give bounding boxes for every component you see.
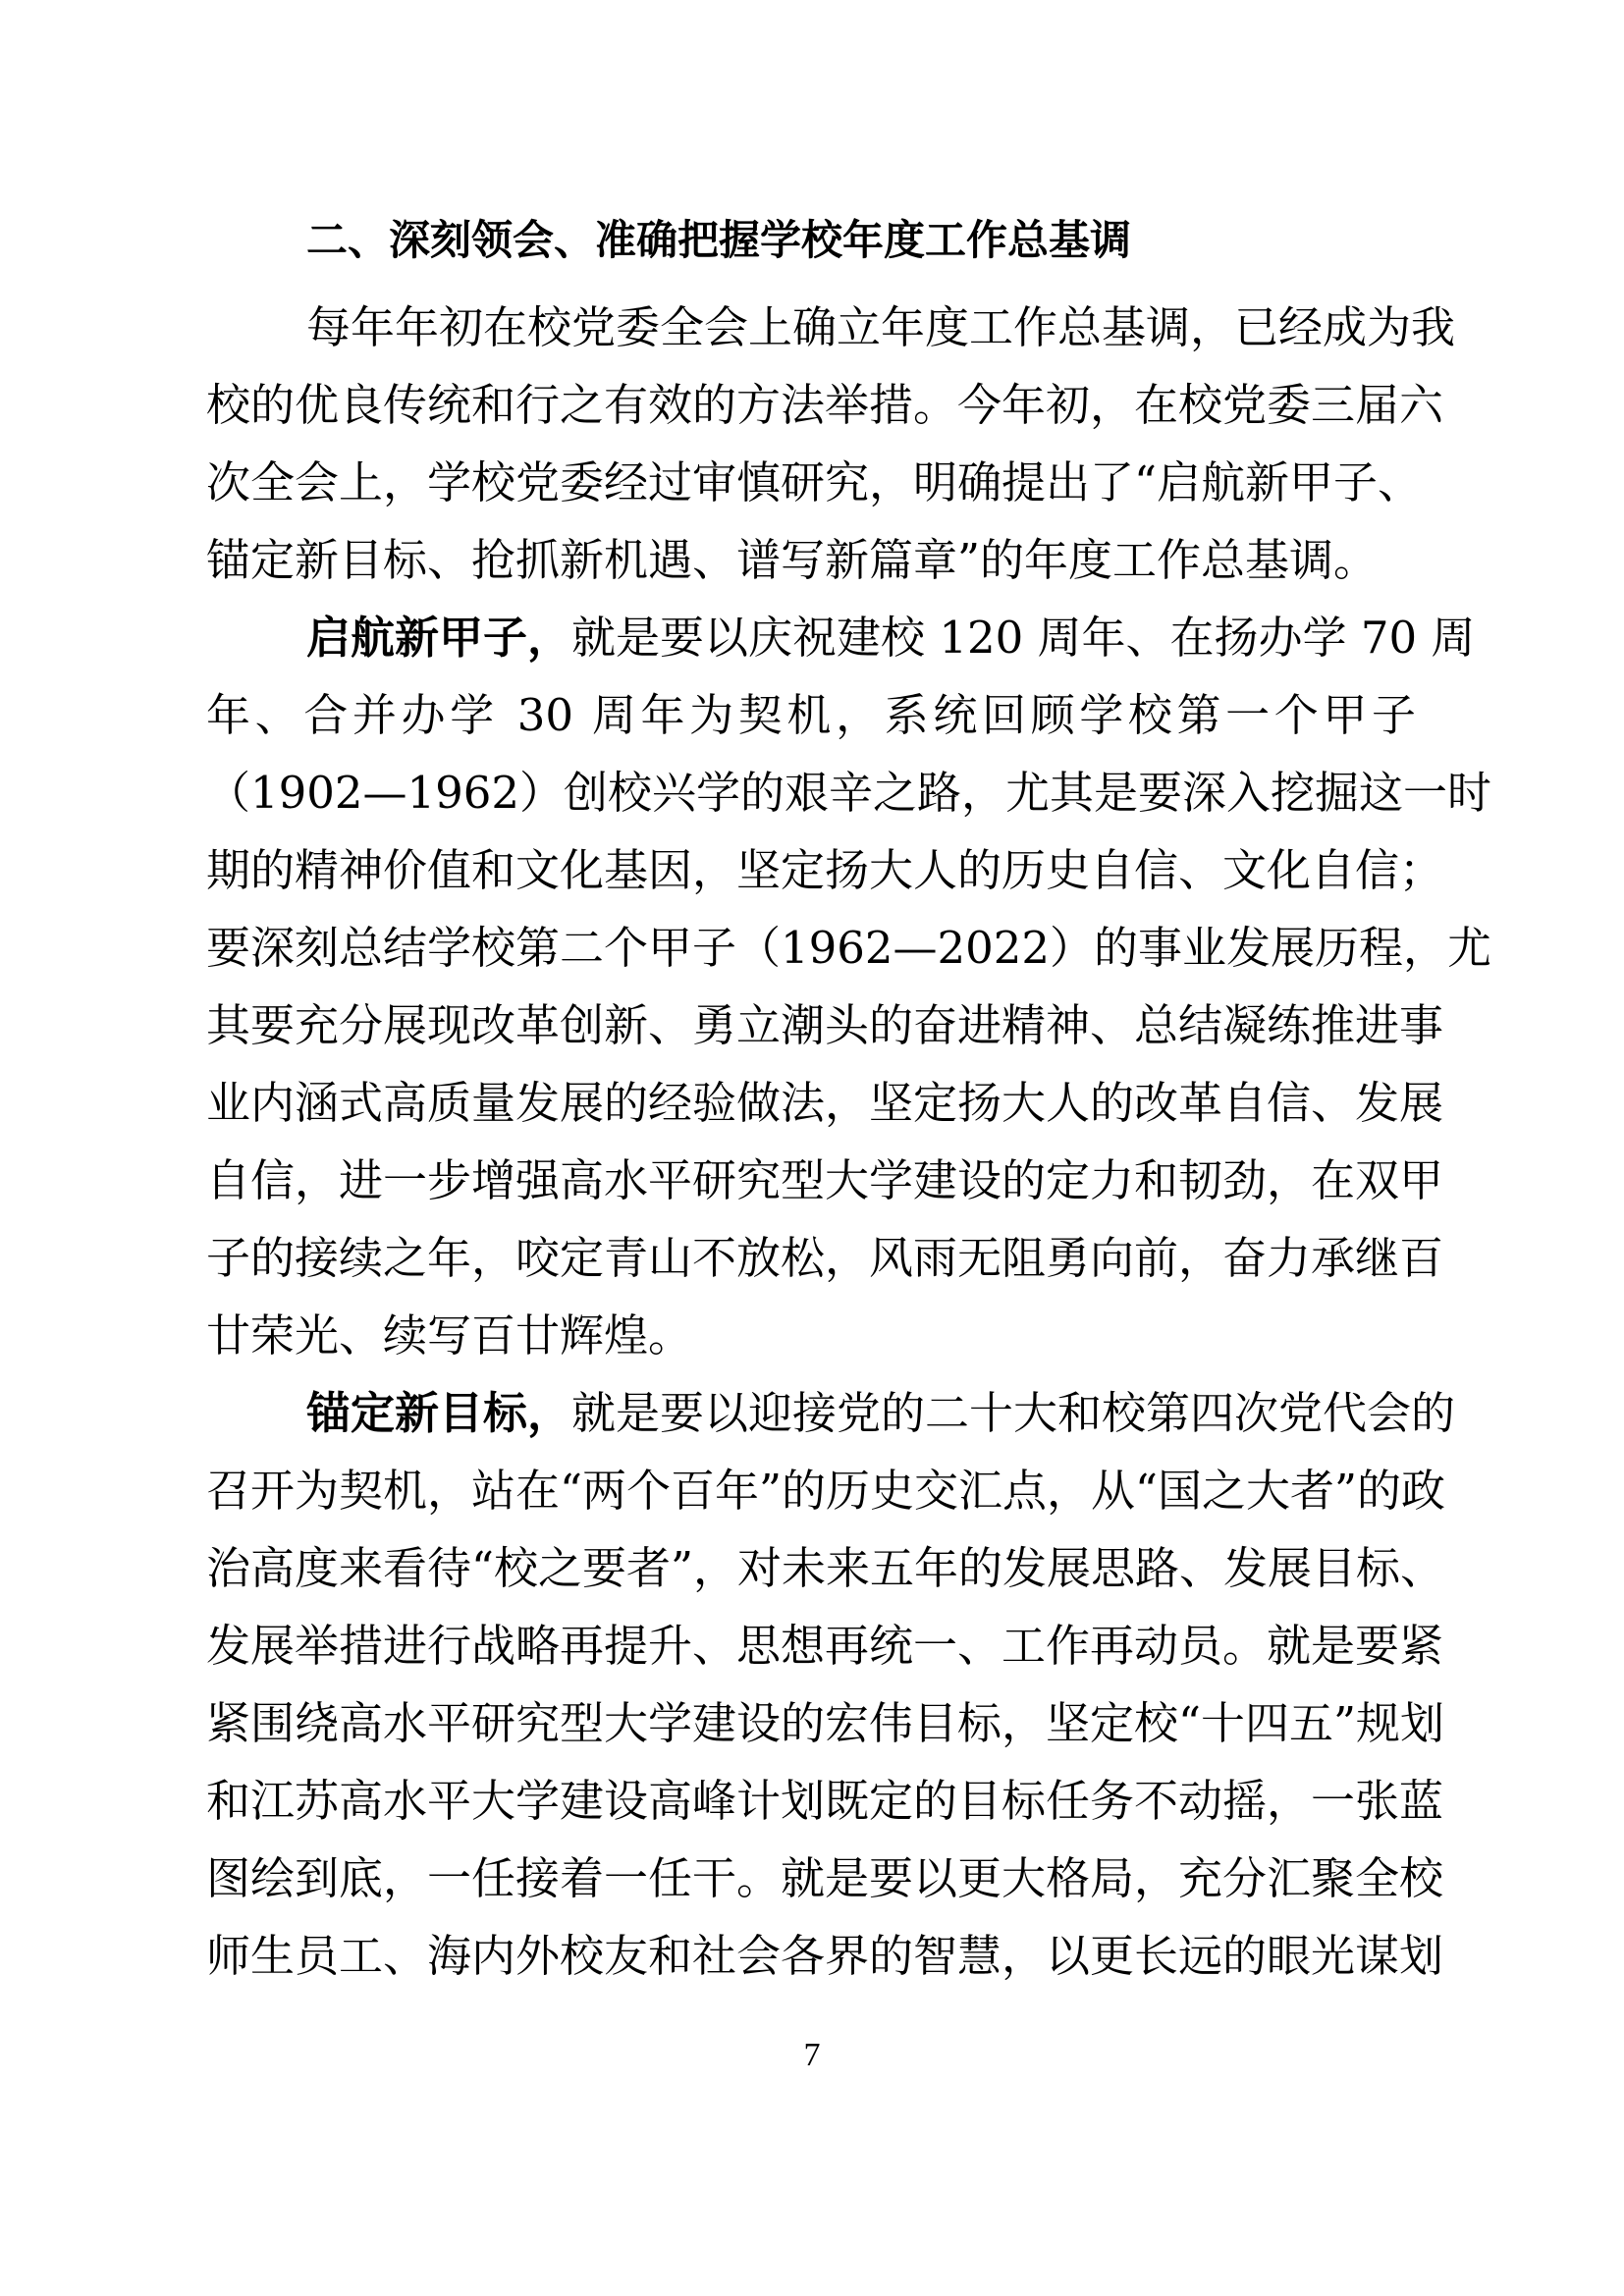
paragraph-3-line-1-text: 就是要以迎接党的二十大和校第四次党代会的	[571, 1387, 1455, 1439]
paragraph-3-lead: 锚定新目标，	[306, 1387, 571, 1439]
paragraph-3-line-6: 和江苏高水平大学建设高峰计划既定的目标任务不动摇，一张蓝	[206, 1762, 1416, 1840]
paragraph-2-line-3: （1902—1962）创校兴学的艰辛之路，尤其是要深入挖掘这一时	[206, 754, 1416, 831]
paragraph-2-line-2: 年、合并办学 30 周年为契机，系统回顾学校第一个甲子	[206, 676, 1416, 754]
paragraph-2-line-4: 期的精神价值和文化基因，坚定扬大人的历史自信、文化自信；	[206, 831, 1416, 909]
paragraph-3-line-3: 治高度来看待“校之要者”，对未来五年的发展思路、发展目标、	[206, 1529, 1416, 1607]
paragraph-3-line-2: 召开为契机，站在“两个百年”的历史交汇点，从“国之大者”的政	[206, 1452, 1416, 1529]
paragraph-2-line-1-text: 就是要以庆祝建校 120 周年、在扬办学 70 周	[571, 612, 1475, 664]
body-text: 每年年初在校党委全会上确立年度工作总基调，已经成为我 校的优良传统和行之有效的方…	[206, 289, 1416, 1995]
paragraph-3-line-1: 锚定新目标，就是要以迎接党的二十大和校第四次党代会的	[206, 1374, 1416, 1452]
paragraph-3-line-8: 师生员工、海内外校友和社会各界的智慧，以更长远的眼光谋划	[206, 1917, 1416, 1995]
paragraph-1-line-2: 校的优良传统和行之有效的方法举措。今年初，在校党委三届六	[206, 366, 1416, 444]
page-number: 7	[0, 2036, 1624, 2075]
paragraph-2-line-7: 业内涵式高质量发展的经验做法，坚定扬大人的改革自信、发展	[206, 1064, 1416, 1142]
paragraph-1-line-4: 锚定新目标、抢抓新机遇、谱写新篇章”的年度工作总基调。	[206, 521, 1416, 599]
paragraph-2-line-9: 子的接续之年，咬定青山不放松，风雨无阻勇向前，奋力承继百	[206, 1219, 1416, 1297]
paragraph-2-line-1: 启航新甲子，就是要以庆祝建校 120 周年、在扬办学 70 周	[206, 599, 1416, 676]
paragraph-2-line-5: 要深刻总结学校第二个甲子（1962—2022）的事业发展历程，尤	[206, 909, 1416, 987]
paragraph-2-line-6: 其要充分展现改革创新、勇立潮头的奋进精神、总结凝练推进事	[206, 987, 1416, 1064]
paragraph-2-line-8: 自信，进一步增强高水平研究型大学建设的定力和韧劲，在双甲	[206, 1142, 1416, 1219]
document-page: 二、深刻领会、准确把握学校年度工作总基调 每年年初在校党委全会上确立年度工作总基…	[0, 0, 1624, 2296]
paragraph-3-line-5: 紧围绕高水平研究型大学建设的宏伟目标，坚定校“十四五”规划	[206, 1684, 1416, 1762]
paragraph-1-line-3: 次全会上，学校党委经过审慎研究，明确提出了“启航新甲子、	[206, 444, 1416, 521]
paragraph-3-line-7: 图绘到底，一任接着一任干。就是要以更大格局，充分汇聚全校	[206, 1840, 1416, 1917]
paragraph-3-line-4: 发展举措进行战略再提升、思想再统一、工作再动员。就是要紧	[206, 1607, 1416, 1684]
text-block: 二、深刻领会、准确把握学校年度工作总基调 每年年初在校党委全会上确立年度工作总基…	[206, 210, 1416, 1995]
section-heading: 二、深刻领会、准确把握学校年度工作总基调	[306, 210, 1416, 271]
paragraph-1-line-1: 每年年初在校党委全会上确立年度工作总基调，已经成为我	[206, 289, 1416, 366]
paragraph-2-line-10: 廿荣光、续写百廿辉煌。	[206, 1297, 1416, 1374]
paragraph-2-lead: 启航新甲子，	[306, 612, 571, 664]
